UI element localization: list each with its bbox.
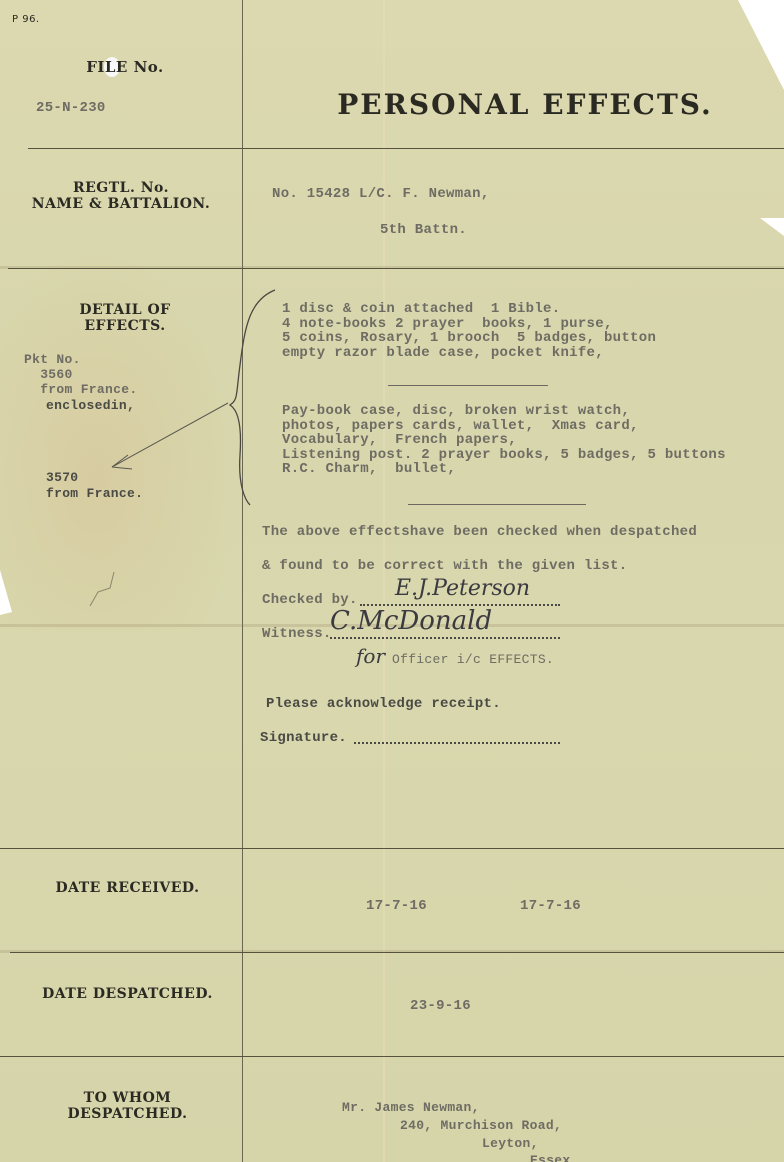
witness-signature: C.McDonald [330, 606, 492, 636]
row-divider [8, 268, 784, 269]
row-divider [28, 148, 784, 149]
signature-label: Signature. [260, 730, 347, 746]
paper-tear-mark [84, 570, 124, 610]
officer-effects-label: Officer i/c EFFECTS. [392, 652, 554, 667]
date-despatched-value: 23-9-16 [410, 998, 471, 1014]
separator-line [388, 385, 548, 386]
to-whom-label-line1: TO WHOM [0, 1090, 255, 1106]
brace-arrow-icon [100, 285, 280, 525]
signature-line [354, 742, 560, 744]
for-officer-prefix: for [356, 644, 385, 668]
witness-line [330, 637, 560, 639]
address-line-4: Essex [530, 1153, 571, 1162]
page-title: PERSONAL EFFECTS. [320, 88, 730, 121]
regtl-value-battalion: 5th Battn. [380, 222, 467, 238]
acknowledge-text: Please acknowledge receipt. [266, 696, 501, 712]
effects-item: empty razor blade case, pocket knife, [282, 345, 604, 361]
date-despatched-label: DATE DESPATCHED. [0, 986, 255, 1002]
file-no-label: FILE No. [60, 58, 190, 76]
date-received-value-2: 17-7-16 [520, 898, 581, 914]
regtl-label-line2: NAME & BATTALION. [0, 196, 242, 212]
row-divider [0, 1056, 784, 1057]
date-received-value-1: 17-7-16 [366, 898, 427, 914]
regtl-label: REGTL. No. NAME & BATTALION. [0, 180, 242, 212]
effects-list-1: 1 disc & coin attached 1 Bible. 4 note-b… [282, 302, 656, 360]
address-line-2: 240, Murchison Road, [400, 1118, 562, 1133]
address-line-3: Leyton, [482, 1136, 539, 1151]
to-whom-label: TO WHOM DESPATCHED. [0, 1090, 255, 1122]
check-statement-line1: The above effectshave been checked when … [262, 524, 697, 540]
address-line-1: Mr. James Newman, [342, 1100, 480, 1115]
separator-line [408, 504, 586, 505]
row-divider [10, 952, 784, 953]
file-no-value: 25-N-230 [36, 100, 106, 116]
effects-list-2: Pay-book case, disc, broken wrist watch,… [282, 404, 726, 477]
date-received-label: DATE RECEIVED. [0, 880, 255, 896]
document-page: P 96. FILE No. 25-N-230 PERSONAL EFFECTS… [0, 0, 784, 1162]
effects-item: R.C. Charm, bullet, [282, 461, 456, 477]
fold-crease-vertical [383, 0, 385, 1162]
checked-by-signature: E.J.Peterson [395, 576, 530, 601]
form-code: P 96. [12, 14, 40, 25]
regtl-value-name: No. 15428 L/C. F. Newman, [272, 186, 490, 202]
witness-label: Witness. [262, 626, 332, 642]
check-statement-line2: & found to be correct with the given lis… [262, 558, 627, 574]
row-divider [0, 848, 784, 849]
to-whom-label-line2: DESPATCHED. [0, 1106, 255, 1122]
regtl-label-line1: REGTL. No. [0, 180, 242, 196]
